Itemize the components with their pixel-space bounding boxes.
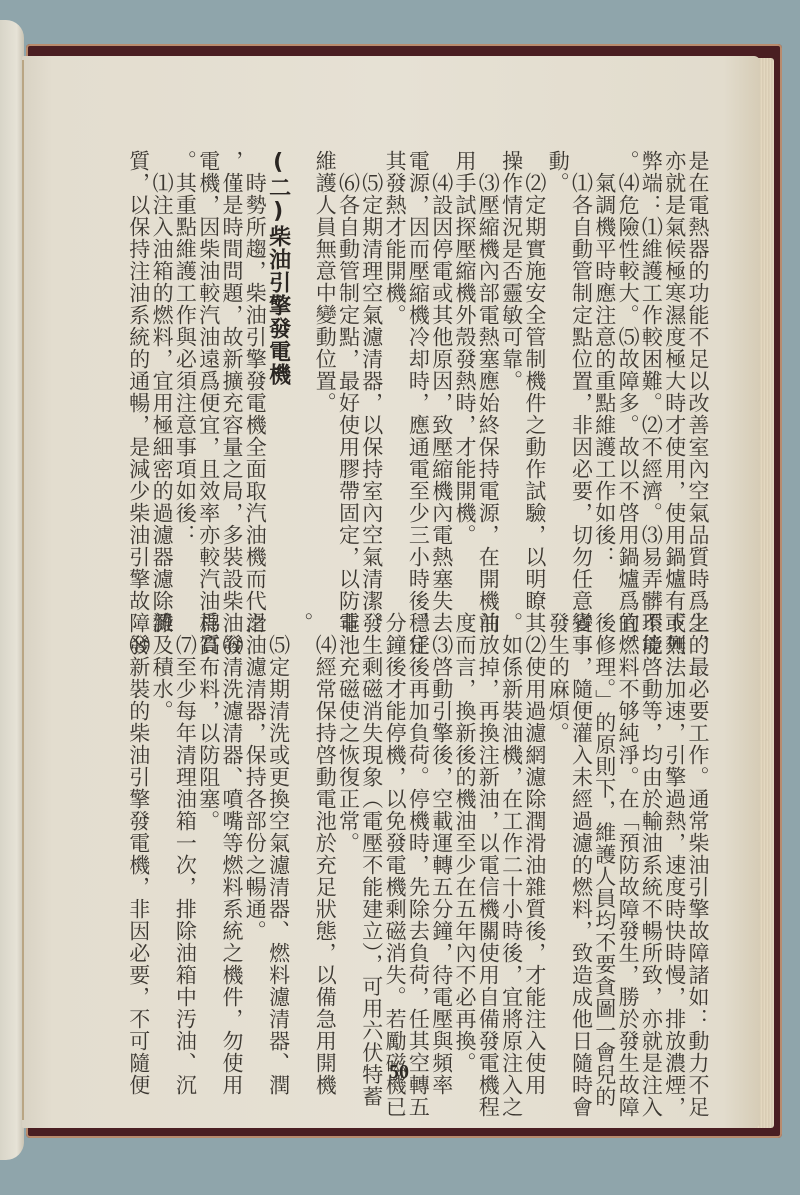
text-column: 質，以保持注油系統的通暢，是減少柴油引擎故障發 (123, 150, 154, 656)
text-column: ⑴各自動管制定點位置，非因必要，切勿任意變 (566, 150, 597, 634)
text-column: ⑷經常保持啓動電池於充足狀態，以備急用開機 (309, 612, 340, 1096)
adjacent-left-page (0, 20, 24, 1160)
page-number: 50 (389, 1061, 409, 1084)
text-column: ⑻新裝的柴油引擎發電機，非因必要，不可隨便 (123, 612, 154, 1096)
spine-gutter (22, 60, 24, 1120)
text-column: 維護人員無意中變動位置。 (309, 150, 340, 414)
